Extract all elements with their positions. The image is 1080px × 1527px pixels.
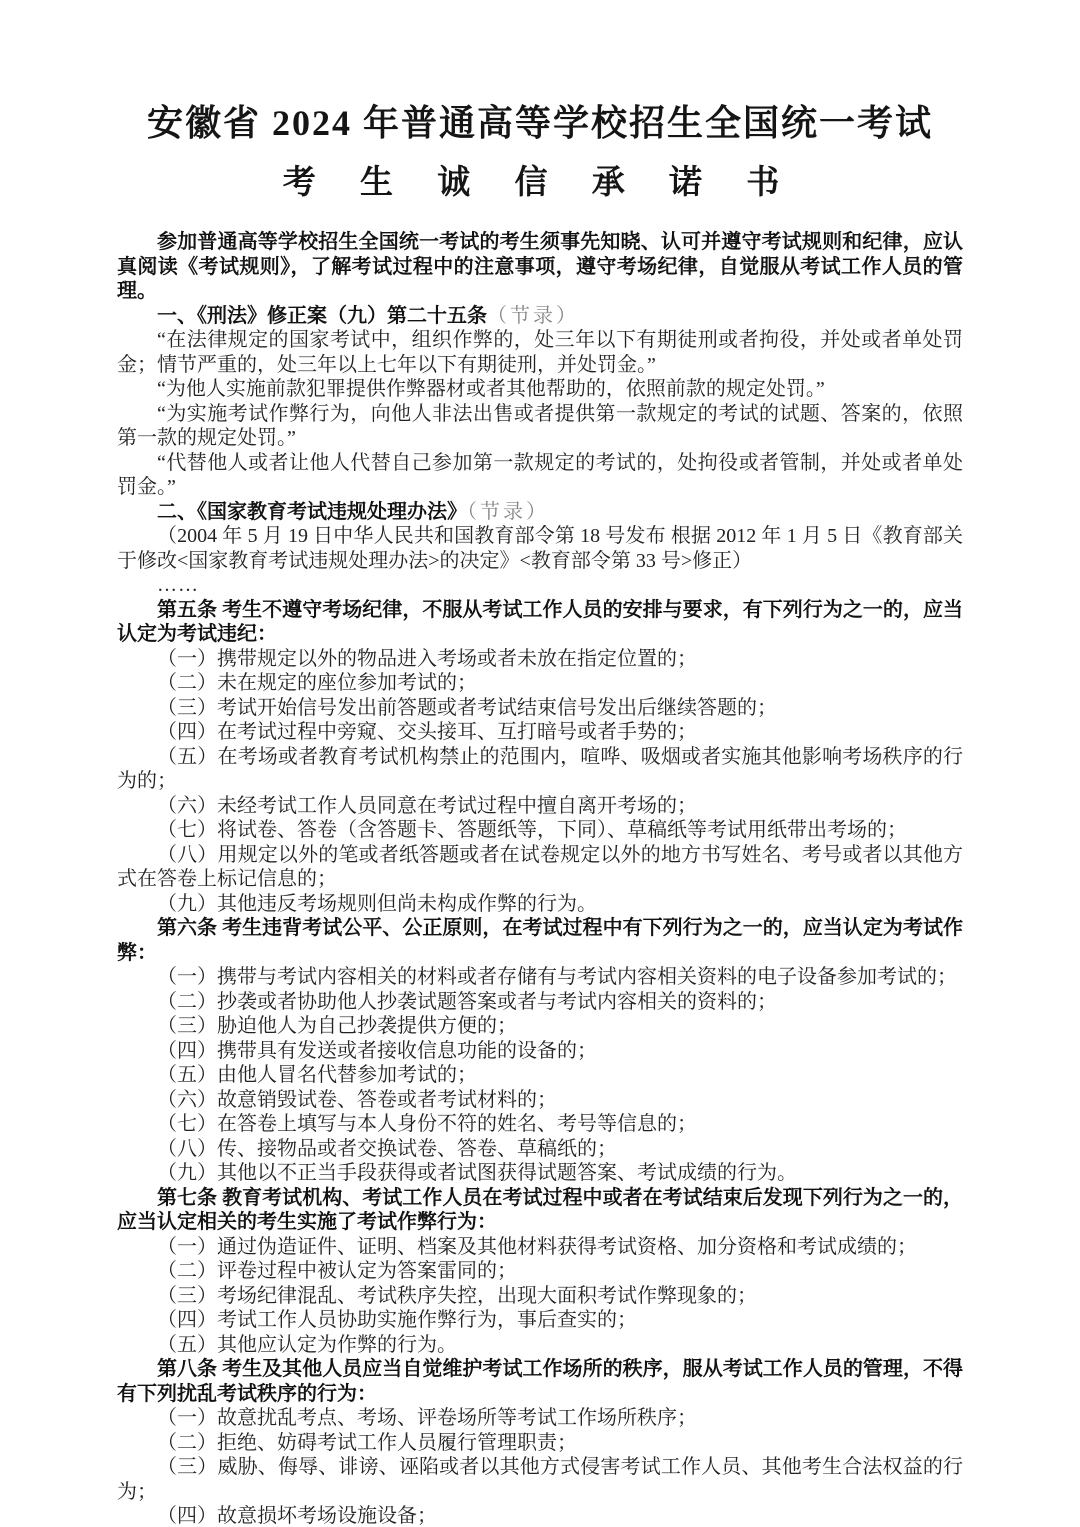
paragraph-note-7: （2004 年 5 月 19 日中华人民共和国教育部令第 18 号发布 根据 2… [117, 524, 963, 573]
paragraph-item-18: （九）其他违反考场规则但尚未构成作弊的行为。 [117, 892, 963, 917]
heading-annotation: （节录） [487, 305, 579, 327]
paragraph-quote-4: “为实施考试作弊行为，向他人非法出售或者提供第一款规定的考试的试题、答案的，依照… [117, 402, 963, 451]
paragraph-quote-3: “为他人实施前款犯罪提供作弊器材或者其他帮助的，依照前款的规定处罚。” [117, 377, 963, 402]
paragraph-article-29: 第七条 教育考试机构、考试工作人员在考试过程中或者在考试结束后发现下列行为之一的… [117, 1186, 963, 1235]
paragraph-item-31: （二）评卷过程中被认定为答案雷同的； [117, 1259, 963, 1284]
paragraph-item-21: （二）抄袭或者协助他人抄袭试题答案或者与考试内容相关的资料的； [117, 990, 963, 1015]
document-title: 安徽省 2024 年普通高等学校招生全国统一考试 [117, 100, 963, 147]
paragraph-article-19: 第六条 考生违背考试公平、公正原则，在考试过程中有下列行为之一的，应当认定为考试… [117, 916, 963, 965]
paragraph-item-22: （三）胁迫他人为自己抄袭提供方便的； [117, 1014, 963, 1039]
heading-text: 一、《刑法》修正案（九）第二十五条 [157, 305, 487, 327]
paragraph-item-15: （六）未经考试工作人员同意在考试过程中擅自离开考场的； [117, 794, 963, 819]
paragraph-quote-2: “在法律规定的国家考试中，组织作弊的，处三年以下有期徒刑或者拘役，并处或者单处罚… [117, 328, 963, 377]
paragraph-item-32: （三）考场纪律混乱、考试秩序失控，出现大面积考试作弊现象的； [117, 1284, 963, 1309]
document-body: 参加普通高等学校招生全国统一考试的考生须事先知晓、认可并遵守考试规则和纪律，应认… [117, 230, 963, 1527]
paragraph-item-11: （二）未在规定的座位参加考试的； [117, 671, 963, 696]
paragraph-intro-0: 参加普通高等学校招生全国统一考试的考生须事先知晓、认可并遵守考试规则和纪律，应认… [117, 230, 963, 304]
paragraph-quote-5: “代替他人或者让他人代替自己参加第一款规定的考试的，处拘役或者管制，并处或者单处… [117, 451, 963, 500]
document-page: 安徽省 2024 年普通高等学校招生全国统一考试 考 生 诚 信 承 诺 书 参… [0, 0, 1080, 1527]
paragraph-item-33: （四）考试工作人员协助实施作弊行为，事后查实的； [117, 1308, 963, 1333]
paragraph-section-heading-1: 一、《刑法》修正案（九）第二十五条（节录） [117, 304, 963, 329]
paragraph-item-27: （八）传、接物品或者交换试卷、答卷、草稿纸的； [117, 1137, 963, 1162]
paragraph-item-37: （二）拒绝、妨碍考试工作人员履行管理职责； [117, 1431, 963, 1456]
paragraph-item-30: （一）通过伪造证件、证明、档案及其他材料获得考试资格、加分资格和考试成绩的； [117, 1235, 963, 1260]
paragraph-item-38: （三）威胁、侮辱、诽谤、诬陷或者以其他方式侵害考试工作人员、其他考生合法权益的行… [117, 1455, 963, 1504]
paragraph-item-25: （六）故意销毁试卷、答卷或者考试材料的； [117, 1088, 963, 1113]
paragraph-item-39: （四）故意损坏考场设施设备； [117, 1504, 963, 1527]
paragraph-item-34: （五）其他应认定为作弊的行为。 [117, 1333, 963, 1358]
paragraph-item-13: （四）在考试过程中旁窥、交头接耳、互打暗号或者手势的； [117, 720, 963, 745]
paragraph-item-24: （五）由他人冒名代替参加考试的； [117, 1063, 963, 1088]
paragraph-article-35: 第八条 考生及其他人员应当自觉维护考试工作场所的秩序，服从考试工作人员的管理，不… [117, 1357, 963, 1406]
paragraph-item-36: （一）故意扰乱考点、考场、评卷场所等考试工作场所秩序； [117, 1406, 963, 1431]
document-subtitle: 考 生 诚 信 承 诺 书 [117, 163, 963, 204]
paragraph-ellipsis-8: …… [117, 573, 963, 598]
paragraph-item-26: （七）在答卷上填写与本人身份不符的姓名、考号等信息的； [117, 1112, 963, 1137]
paragraph-item-16: （七）将试卷、答卷（含答题卡、答题纸等，下同）、草稿纸等考试用纸带出考场的； [117, 818, 963, 843]
paragraph-item-10: （一）携带规定以外的物品进入考场或者未放在指定位置的； [117, 647, 963, 672]
paragraph-item-28: （九）其他以不正当手段获得或者试图获得试题答案、考试成绩的行为。 [117, 1161, 963, 1186]
paragraph-item-12: （三）考试开始信号发出前答题或者考试结束信号发出后继续答题的； [117, 696, 963, 721]
paragraph-item-14: （五）在考场或者教育考试机构禁止的范围内，喧哗、吸烟或者实施其他影响考场秩序的行… [117, 745, 963, 794]
paragraph-item-23: （四）携带具有发送或者接收信息功能的设备的； [117, 1039, 963, 1064]
heading-annotation: （节录） [467, 501, 549, 523]
paragraph-item-17: （八）用规定以外的笔或者纸答题或者在试卷规定以外的地方书写姓名、考号或者以其他方… [117, 843, 963, 892]
heading-text: 二、《国家教育考试违规处理办法》 [157, 501, 467, 523]
paragraph-article-9: 第五条 考生不遵守考场纪律，不服从考试工作人员的安排与要求，有下列行为之一的，应… [117, 598, 963, 647]
paragraph-section-heading-6: 二、《国家教育考试违规处理办法》（节录） [117, 500, 963, 525]
paragraph-item-20: （一）携带与考试内容相关的材料或者存储有与考试内容相关资料的电子设备参加考试的； [117, 965, 963, 990]
